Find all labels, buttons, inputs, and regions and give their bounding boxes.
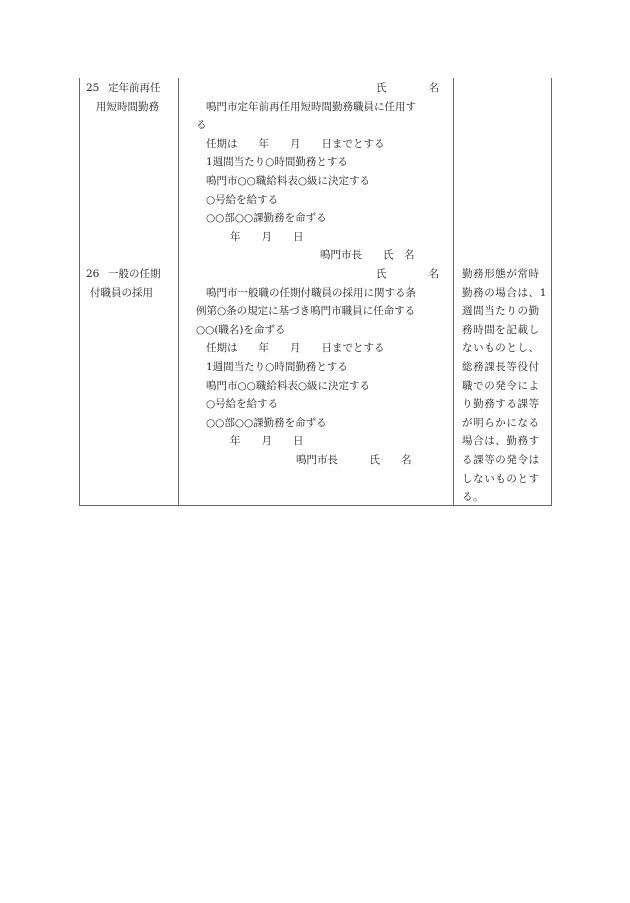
remarks-line: り勤務する課等 — [462, 395, 554, 414]
content-line: 鳴門市○○職給料表○級に決定する — [206, 172, 370, 191]
content-line: 鳴門市長 氏 名 — [320, 246, 415, 265]
remarks-line: 週間当たりの勤 — [462, 302, 554, 321]
content-line: 任期は 年 月 日までとする — [206, 135, 385, 154]
remarks-line: る課等の発令は — [462, 451, 554, 470]
appointment-form-table: 25定年前再任 用短時間勤務 氏 名 鳴門市定年前再任用短時間勤務職員に任用す … — [79, 78, 552, 506]
row-title-line: 定年前再任 — [108, 82, 161, 94]
row-title: 26一般の任期 — [86, 265, 161, 284]
content-line: 任期は 年 月 日までとする — [206, 339, 385, 358]
remarks-line: 職での発令によ — [462, 377, 554, 396]
content-line: 年 月 日 — [230, 432, 304, 451]
remarks-line: ないものとし、 — [462, 339, 554, 358]
content-line: 年 月 日 — [230, 228, 304, 247]
remarks-line: 勤務形態が常時 — [462, 265, 554, 284]
content-line: ○○(職名)を命ずる — [196, 321, 286, 340]
content-line: る — [196, 116, 207, 135]
content-line: 1週間当たり○時間勤務とする — [206, 358, 348, 377]
row-number: 26 — [86, 265, 108, 284]
row-title-line: 用短時間勤務 — [96, 98, 159, 117]
content-line: 鳴門市定年前再任用短時間勤務職員に任用す — [206, 98, 416, 117]
content-line: ○○部○○課勤務を命ずる — [206, 209, 327, 228]
remarks-cell: 勤務形態が常時 勤務の場合は、1 週間当たりの勤 務時間を記載し ないものとし、… — [462, 265, 554, 507]
remarks-line: が明らかになる — [462, 414, 554, 433]
remarks-line: しないものとす — [462, 470, 554, 489]
row-title: 25定年前再任 — [86, 79, 161, 98]
remarks-line: 務時間を記載し — [462, 321, 554, 340]
content-line: 例第○条の規定に基づき鳴門市職員に任命する — [196, 302, 415, 321]
content-line: 鳴門市長 氏 名 — [296, 451, 412, 470]
row-title-line: 付職員の採用 — [90, 284, 153, 303]
remarks-line: 総務課長等役付 — [462, 358, 554, 377]
content-line: ○○部○○課勤務を命ずる — [206, 414, 327, 433]
content-line: 1週間当たり○時間勤務とする — [206, 153, 348, 172]
remarks-line: る。 — [462, 488, 554, 507]
remarks-line: 勤務の場合は、1 — [462, 284, 554, 303]
row-title-line: 一般の任期 — [108, 268, 161, 280]
column-divider — [453, 78, 454, 505]
row-number: 25 — [86, 79, 108, 98]
content-line: 氏 名 — [376, 79, 439, 98]
content-line: 鳴門市一般職の任期付職員の採用に関する条 — [206, 284, 416, 303]
content-line: ○号給を給する — [206, 191, 278, 210]
column-divider — [178, 78, 179, 505]
content-line: ○号給を給する — [206, 395, 278, 414]
content-line: 鳴門市○○職給料表○級に決定する — [206, 377, 370, 396]
remarks-line: 場合は、勤務す — [462, 432, 554, 451]
content-line: 氏 名 — [376, 265, 439, 284]
